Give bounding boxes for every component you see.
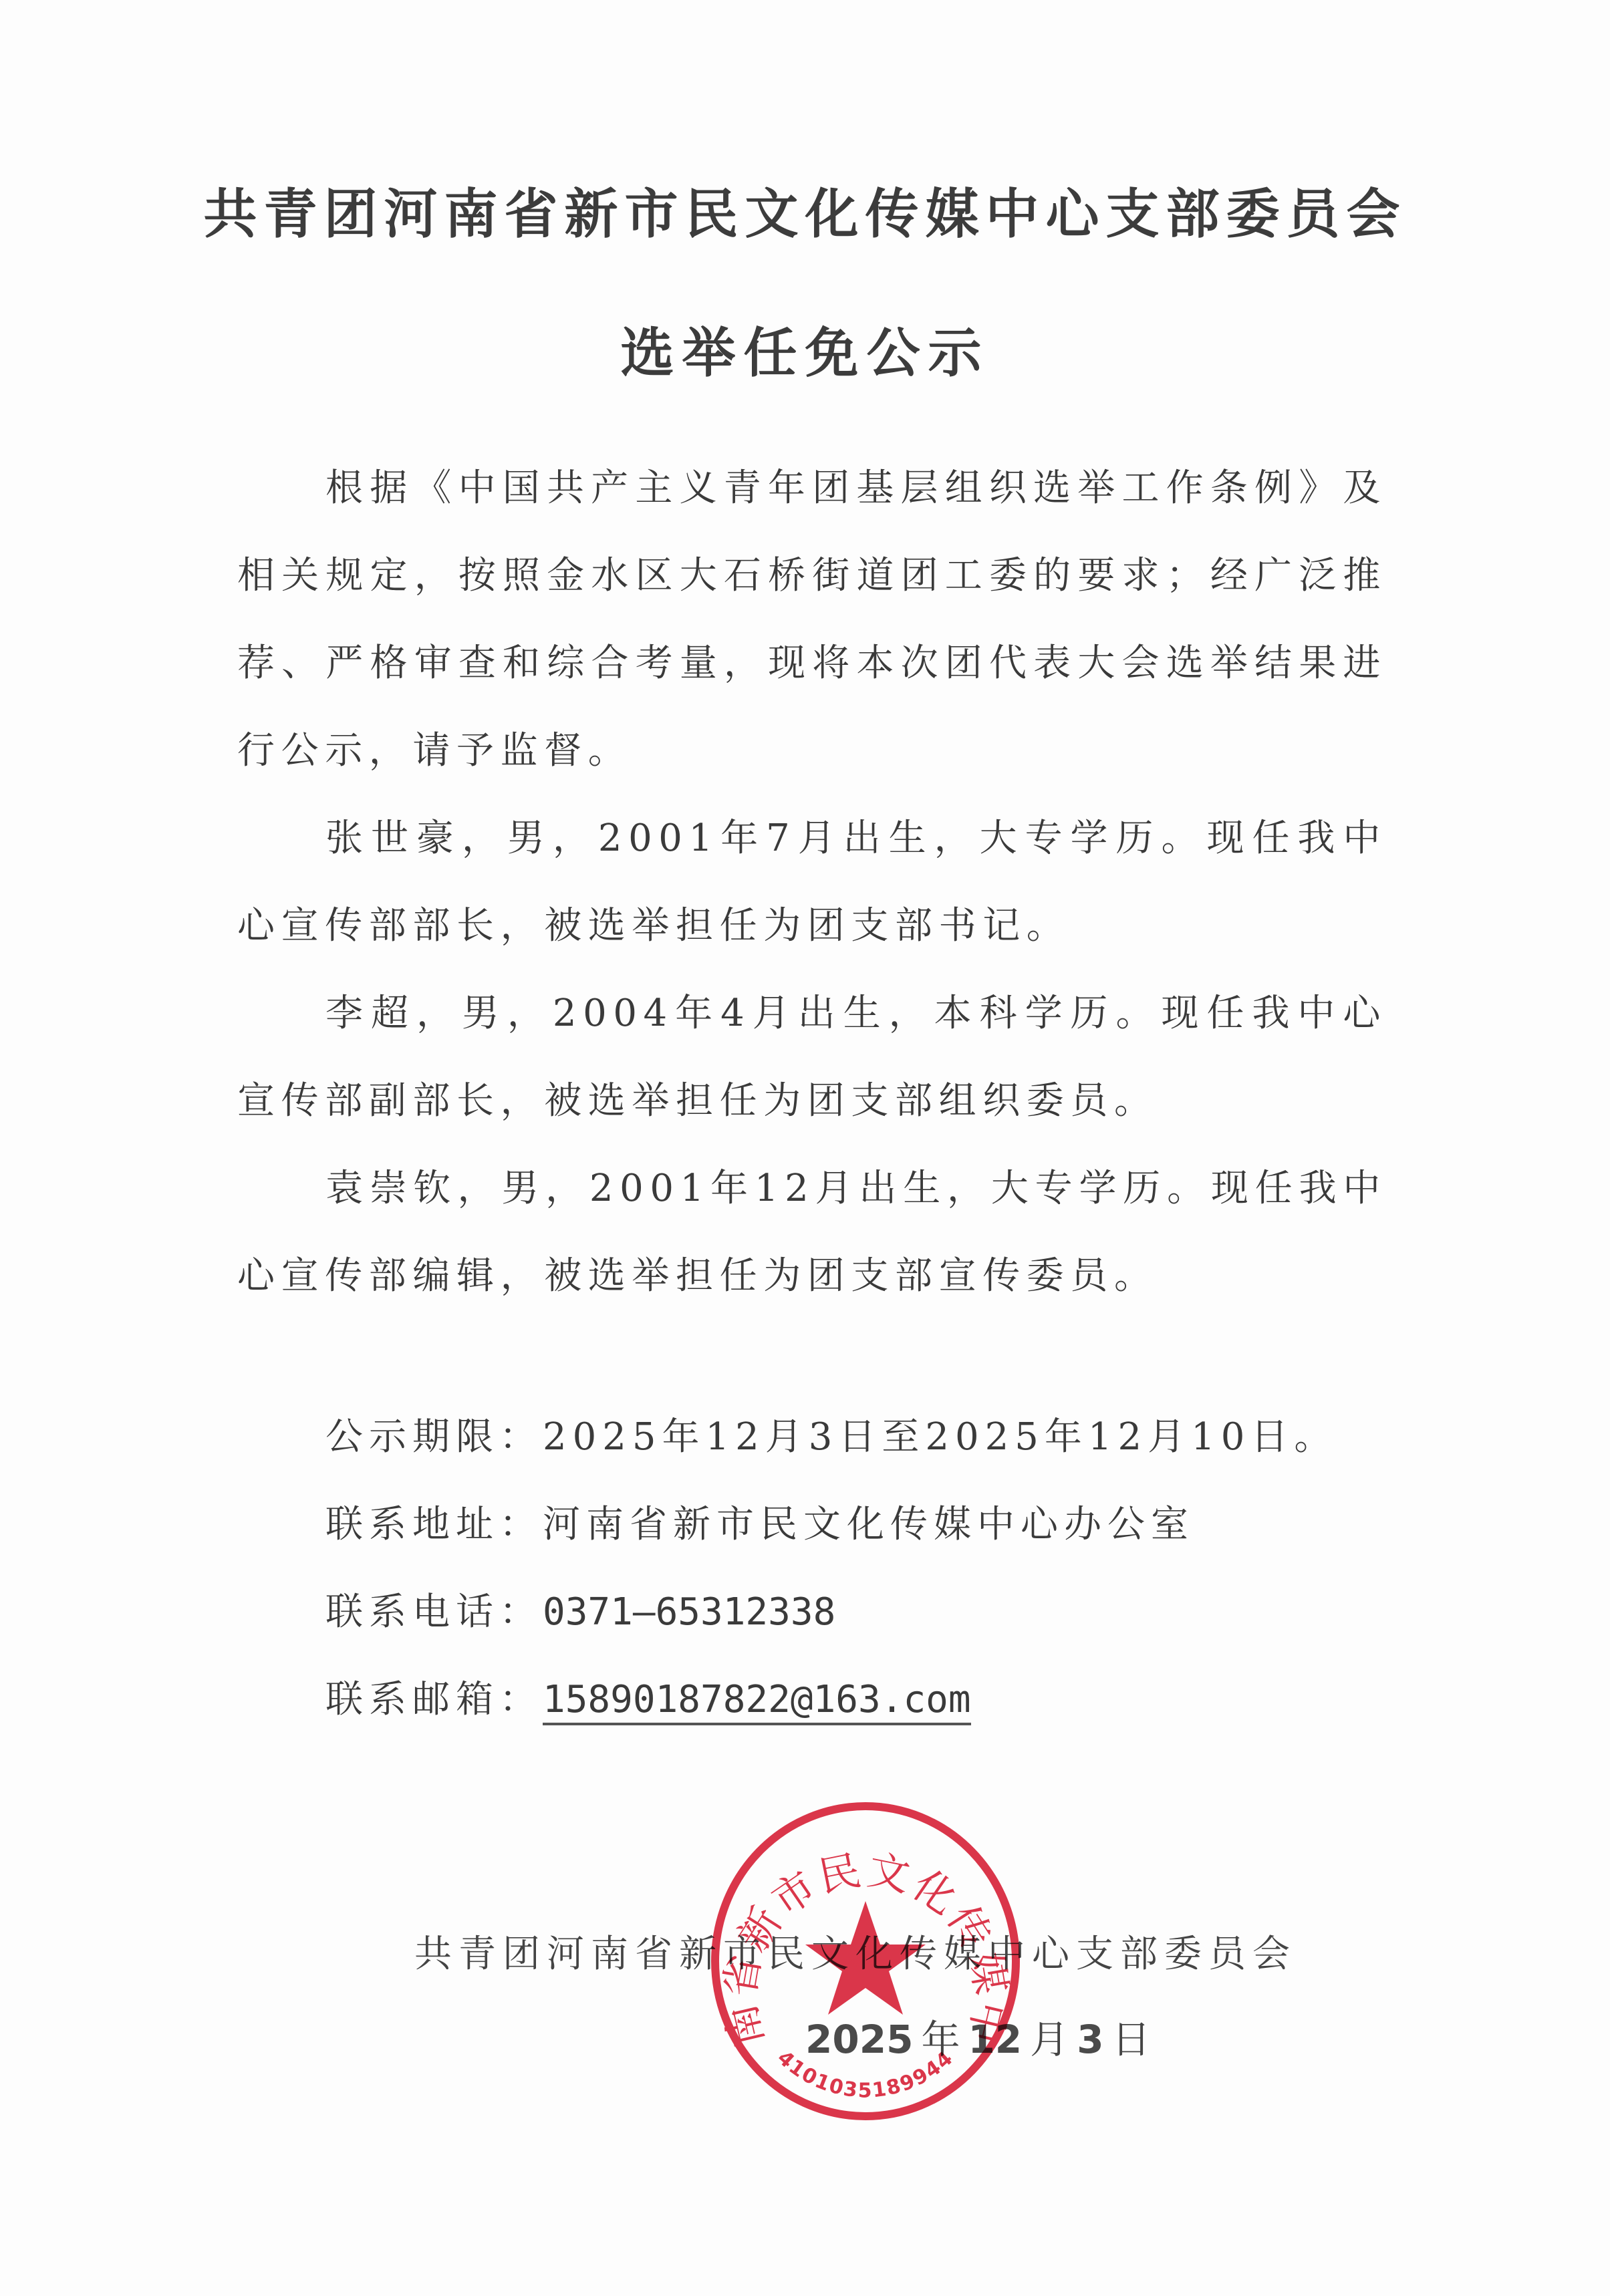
- candidate-paragraph-secretary: 张世豪，男，2001年7月出生，大专学历。现任我中心宣传部部长，被选举担任为团支…: [237, 795, 1387, 970]
- document-body: 根据《中国共产主义青年团基层组织选举工作条例》及相关规定，按照金水区大石桥街道团…: [237, 444, 1387, 1320]
- document-title-line1: 共青团河南省新市民文化传媒中心支部委员会: [0, 180, 1610, 247]
- date-day: 3: [1077, 2017, 1103, 2062]
- document-page: 共青团河南省新市民文化传媒中心支部委员会 选举任免公示 根据《中国共产主义青年团…: [0, 0, 1610, 2296]
- publicity-period-row: 公示期限：2025年12月3日至2025年12月10日。: [325, 1393, 1337, 1481]
- svg-text:4101035189944: 4101035189944: [773, 2046, 958, 2102]
- candidate-paragraph-publicity: 袁崇钦，男，2001年12月出生，大专学历。现任我中心宣传部编辑，被选举担任为团…: [237, 1145, 1387, 1320]
- star-icon: [805, 1901, 926, 2015]
- stamp-code: 4101035189944: [773, 2046, 958, 2102]
- email-label: 联系邮箱：: [325, 1656, 543, 1743]
- phone-value: 0371—65312338: [543, 1590, 835, 1634]
- candidate-paragraph-organization: 李超，男，2004年4月出生，本科学历。现任我中心宣传部副部长，被选举担任为团支…: [237, 970, 1387, 1145]
- document-title-line2: 选举任免公示: [0, 319, 1610, 386]
- address-row: 联系地址：河南省新市民文化传媒中心办公室: [325, 1481, 1337, 1568]
- email-link[interactable]: 15890187822@163.com: [543, 1678, 971, 1725]
- address-value: 河南省新市民文化传媒中心办公室: [543, 1503, 1194, 1546]
- publicity-period-value: 2025年12月3日至2025年12月10日。: [543, 1415, 1337, 1459]
- phone-label: 联系电话：: [325, 1568, 543, 1656]
- contact-info: 公示期限：2025年12月3日至2025年12月10日。 联系地址：河南省新市民…: [325, 1393, 1337, 1743]
- publicity-period-label: 公示期限：: [325, 1393, 543, 1481]
- date-month-unit: 月: [1030, 2017, 1069, 2062]
- phone-row: 联系电话：0371—65312338: [325, 1568, 1337, 1656]
- address-label: 联系地址：: [325, 1481, 543, 1568]
- date-day-unit: 日: [1112, 2017, 1151, 2062]
- intro-paragraph: 根据《中国共产主义青年团基层组织选举工作条例》及相关规定，按照金水区大石桥街道团…: [237, 444, 1387, 795]
- official-seal-icon: 河南省新市民文化传媒中心 4101035189944: [705, 1801, 1026, 2122]
- email-row: 联系邮箱：15890187822@163.com: [325, 1656, 1337, 1743]
